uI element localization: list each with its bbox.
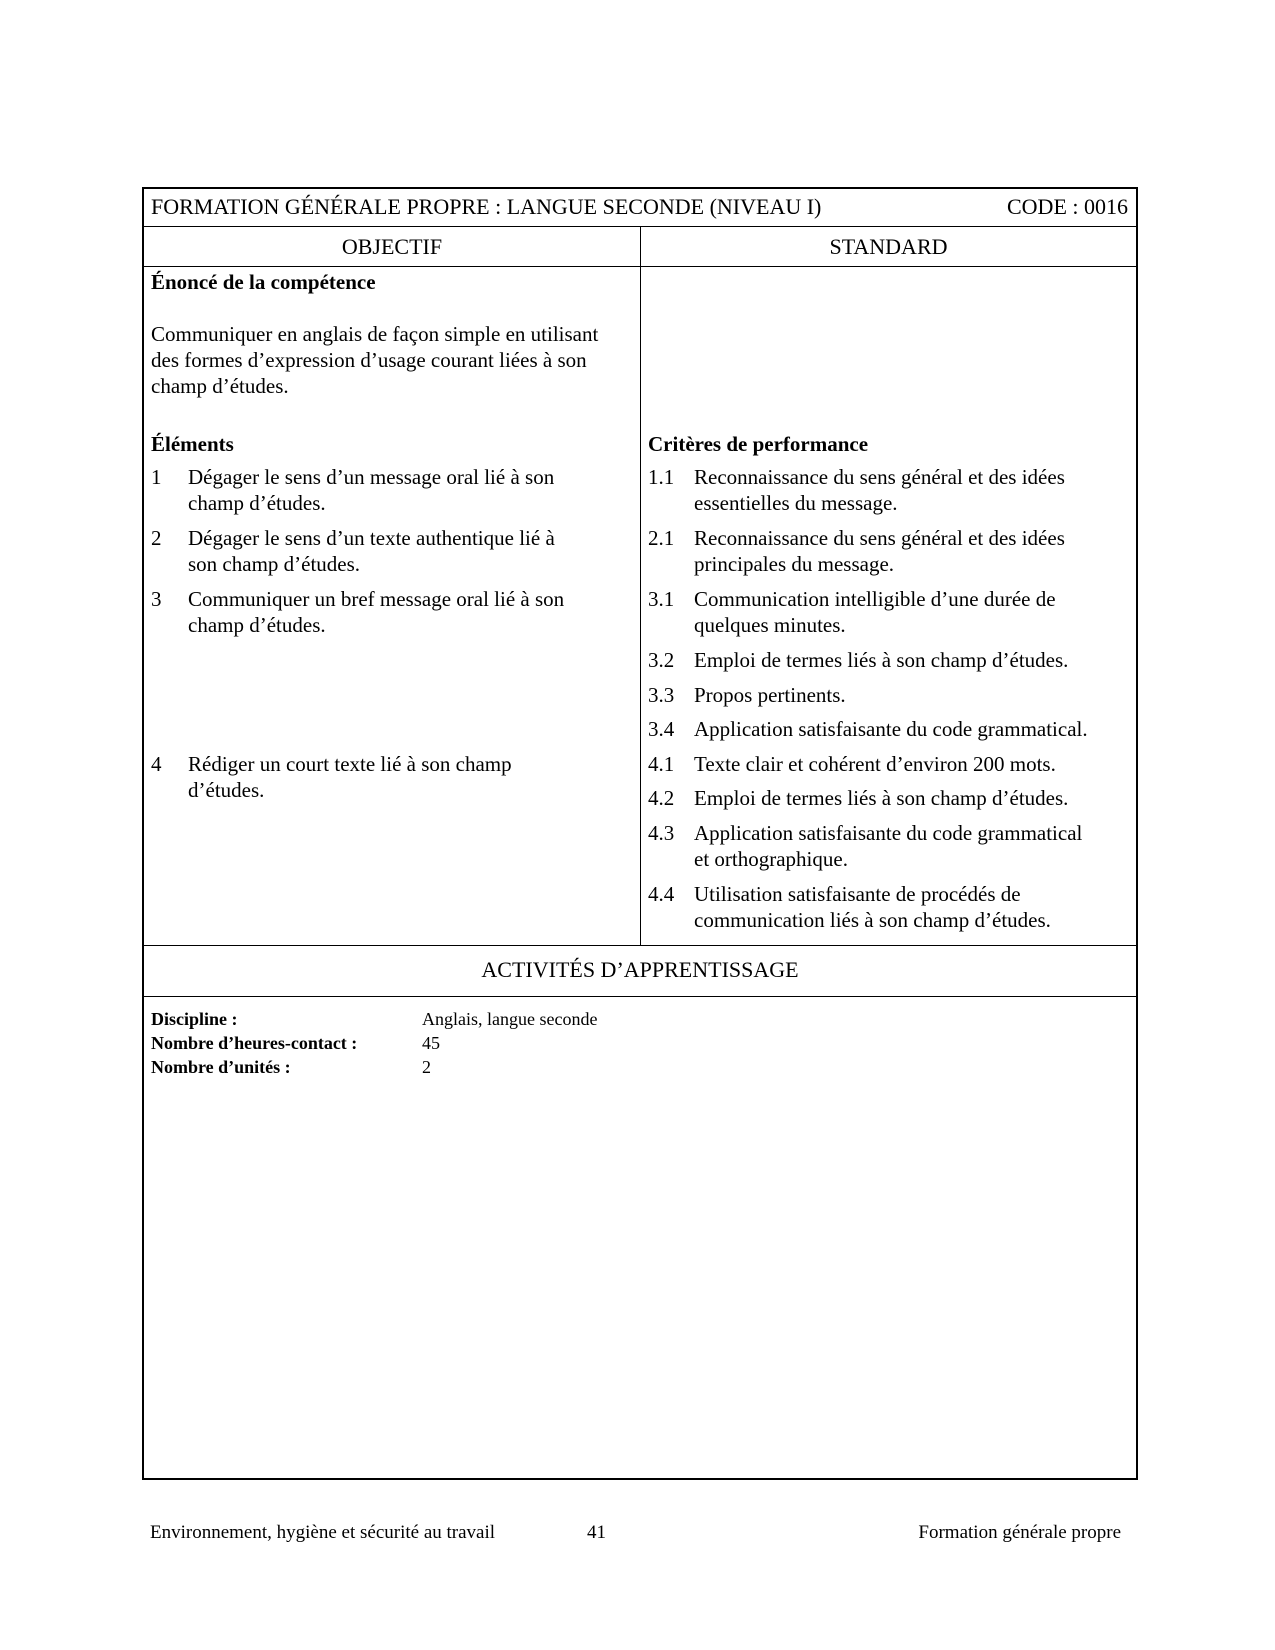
course-code: CODE : 0016: [1007, 194, 1128, 220]
competence-line-1: Communiquer en anglais de façon simple e…: [151, 321, 598, 347]
footer-right: Formation générale propre: [918, 1522, 1121, 1544]
objectif-standard-body: Énoncé de la compétence Communiquer en a…: [144, 267, 1136, 946]
competence-heading: Énoncé de la compétence: [151, 269, 376, 295]
course-table: FORMATION GÉNÉRALE PROPRE : LANGUE SECON…: [142, 187, 1138, 1480]
objectif-header: OBJECTIF: [144, 227, 640, 267]
competence-line-2: des formes d’expression d’usage courant …: [151, 347, 587, 373]
course-title: FORMATION GÉNÉRALE PROPRE : LANGUE SECON…: [151, 194, 821, 220]
criteria-heading: Critères de performance: [648, 431, 868, 457]
standard-header: STANDARD: [641, 227, 1136, 267]
hours-label: Nombre d’heures-contact :: [151, 1031, 357, 1055]
competence-line-3: champ d’études.: [151, 373, 289, 399]
hours-value: 45: [422, 1031, 440, 1055]
footer-left: Environnement, hygiène et sécurité au tr…: [150, 1522, 495, 1544]
title-row: FORMATION GÉNÉRALE PROPRE : LANGUE SECON…: [144, 189, 1136, 227]
page-number: 41: [587, 1522, 606, 1544]
discipline-value: Anglais, langue seconde: [422, 1007, 597, 1031]
units-value: 2: [422, 1055, 431, 1079]
discipline-label: Discipline :: [151, 1007, 238, 1031]
units-label: Nombre d’unités :: [151, 1055, 291, 1079]
elements-heading: Éléments: [151, 431, 234, 457]
activities-heading: ACTIVITÉS D’APPRENTISSAGE: [144, 945, 1136, 997]
